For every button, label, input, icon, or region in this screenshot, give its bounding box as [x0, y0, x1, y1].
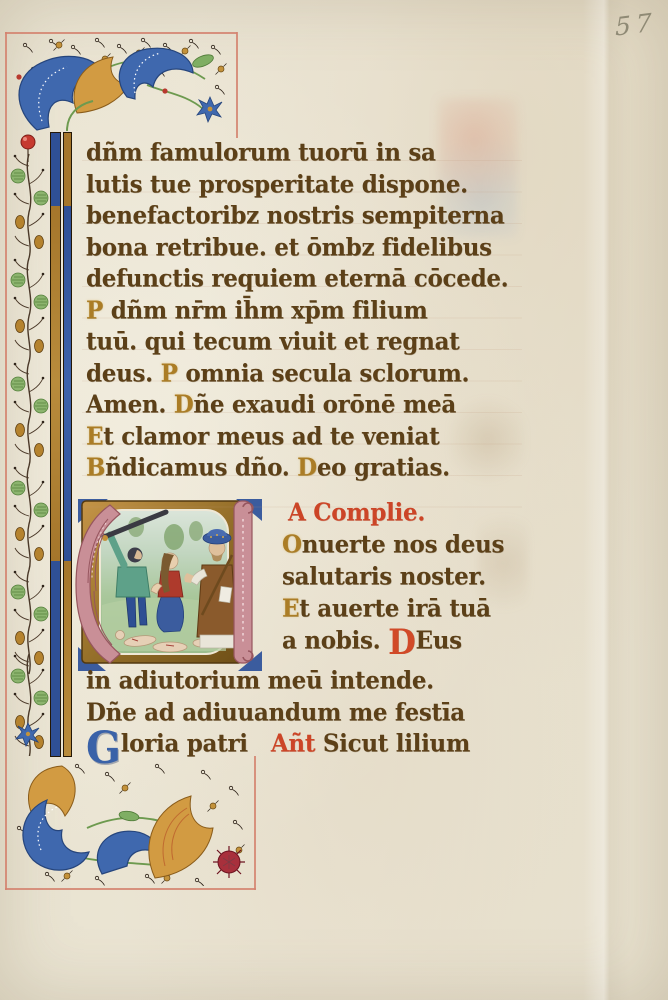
rubric-line: A Complie.	[288, 498, 425, 527]
text-line-11: Bñdicamus dño. Deo gratias.	[86, 453, 450, 482]
text-segment: Sicut lilium	[315, 729, 470, 758]
text-line-1: dñm famulorum tuorū in sa	[86, 138, 436, 167]
gilt-initial: P	[86, 296, 103, 325]
gilt-initial: P	[161, 359, 178, 388]
text-segment: ñe exaudi orōnē meā	[193, 390, 456, 419]
text-segment: Amen.	[86, 390, 174, 419]
cornflower-icon	[197, 97, 222, 122]
vine-border-strip	[8, 134, 50, 756]
text-segment: salutaris noster.	[282, 562, 486, 591]
text-line-5: defunctis requiem eternā cōcede.	[86, 264, 508, 293]
parchment-fold-highlight	[583, 0, 629, 1000]
text-segment: tuū. qui tecum viuit et regnat	[86, 327, 460, 356]
text-block: dñm famulorum tuorū in sa lutis tue pros…	[86, 138, 524, 798]
text-segment: dñm famulorum tuorū in sa	[86, 138, 436, 167]
border-rule-right-upper	[236, 32, 238, 138]
acanthus-corner-top-decoration	[7, 35, 235, 136]
text-line-18: Dñe ad adiuuandum me festīa	[86, 698, 465, 727]
text-line-8: deus. P omnia secula sclorum.	[86, 359, 469, 388]
text-line-15: Et auerte irā tuā	[282, 594, 491, 623]
rubric-text: Añt	[271, 729, 315, 758]
text-segment: eo gratias.	[317, 453, 450, 482]
text-segment: benefactoribz nostris sempiterna	[86, 201, 504, 230]
text-segment: t auerte irā tuā	[299, 594, 491, 623]
text-segment: omnia secula sclorum.	[178, 359, 470, 388]
berry-flower-icon	[21, 135, 35, 162]
border-bar-outer	[50, 132, 61, 757]
text-line-2: lutis tue prosperitate dispone.	[86, 170, 468, 199]
text-line-9: Amen. Dñe exaudi orōnē meā	[86, 390, 456, 419]
text-line-3: benefactoribz nostris sempiterna	[86, 201, 504, 230]
text-line-10: Et clamor meus ad te veniat	[86, 422, 439, 451]
text-segment: in adiutorium meū intende.	[86, 666, 434, 695]
text-segment: Eus	[416, 626, 462, 655]
text-segment: t clamor meus ad te veniat	[103, 422, 439, 451]
text-line-4: bona retribue. et ōmbz fidelibus	[86, 233, 492, 262]
manuscript-page: 57	[0, 0, 668, 1000]
text-segment: Dñe ad adiuuandum me festīa	[86, 698, 465, 727]
gilt-initial: D	[297, 453, 317, 482]
thistle-icon	[213, 846, 245, 878]
text-line-16: a nobis. DEus	[282, 626, 462, 655]
gilt-initial: D	[174, 390, 194, 419]
gilt-initial: B	[86, 453, 105, 482]
gilt-initial: O	[282, 530, 302, 559]
border-rule-bottom	[5, 888, 256, 890]
border-bar-inner	[63, 132, 72, 757]
text-line-17: in adiutorium meū intende.	[86, 666, 434, 695]
text-line-13: Onuerte nos deus	[282, 530, 504, 559]
text-line-6: P dñm nr̄m ih̄m xp̄m filium	[86, 296, 428, 325]
rubric-text: A Complie.	[288, 498, 425, 527]
gilt-initial: E	[282, 594, 299, 623]
text-line-14: salutaris noster.	[282, 562, 486, 591]
text-line-7: tuū. qui tecum viuit et regnat	[86, 327, 460, 356]
text-line-19: Gloria patri Añt Sicut lilium	[86, 729, 470, 759]
text-segment: lutis tue prosperitate dispone.	[86, 170, 468, 199]
text-segment: deus.	[86, 359, 161, 388]
text-segment: defunctis requiem eternā cōcede.	[86, 264, 508, 293]
folio-number: 57	[615, 7, 657, 41]
blue-initial: G	[86, 723, 121, 774]
text-segment: bona retribue. et ōmbz fidelibus	[86, 233, 492, 262]
red-initial: D	[388, 622, 415, 663]
border-rule-top	[5, 32, 237, 34]
text-segment: ñdicamus dño.	[105, 453, 297, 482]
text-segment: loria patri	[121, 729, 271, 758]
text-segment: dñm nr̄m ih̄m xp̄m filium	[103, 296, 428, 325]
gilt-initial: E	[86, 422, 103, 451]
text-segment: a nobis.	[282, 626, 388, 655]
text-segment: nuerte nos deus	[302, 530, 504, 559]
